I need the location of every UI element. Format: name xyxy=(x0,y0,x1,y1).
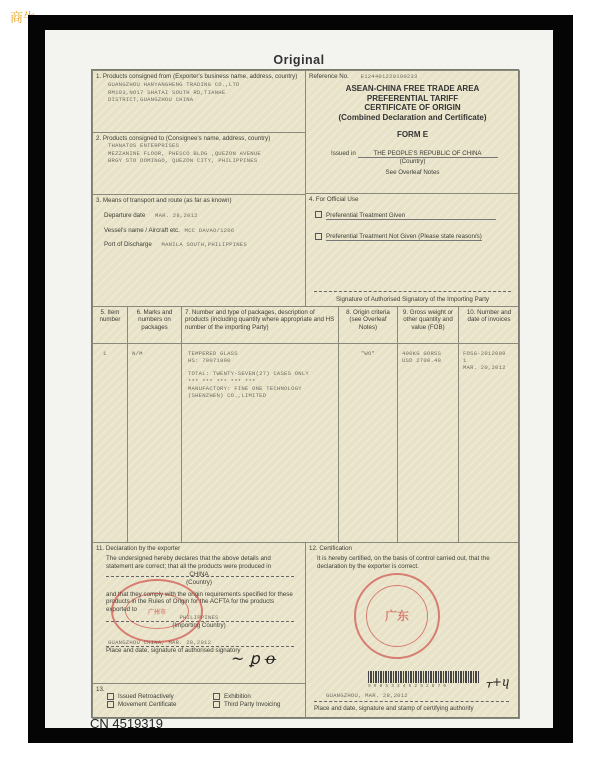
box-consignee: 2. Products consigned to (Consignee's na… xyxy=(92,132,306,195)
reference-number: E124401220190233 xyxy=(361,73,418,80)
consignee-line: MEZZANINE FLOOR, PHESCO BLDG ,QUEZON AVE… xyxy=(108,150,302,157)
barcode-digits: 9 9 0 5 3 2 4 5 2 5 2 8 7 0 xyxy=(368,683,446,690)
serial-code: CN 4519319 xyxy=(90,716,163,731)
issued-in-value: THE PEOPLE'S REPUBLIC OF CHINA xyxy=(358,150,498,158)
certificate-form: 1. Products consigned from (Exporter's b… xyxy=(91,69,519,718)
certification-label: 12. Certification xyxy=(309,545,516,552)
checkbox[interactable] xyxy=(107,693,114,700)
consignee-line: THANATOS ENTERPRISES xyxy=(108,142,302,149)
checkbox[interactable] xyxy=(315,211,322,218)
reference-label: Reference No. xyxy=(309,73,349,80)
box-reference: Reference No. E124401220190233 ASEAN-CHI… xyxy=(305,70,520,194)
consignee-line: BRGY STO DOMINGO, QUEZON CITY, PHILIPPIN… xyxy=(108,157,302,164)
header-origin: 8. Origin criteria (see Overleaf Notes) xyxy=(338,306,398,344)
declaration-text: The undersigned hereby declares that the… xyxy=(96,555,302,570)
option-movement-certificate[interactable]: Movement Certificate xyxy=(107,701,176,709)
box-declaration: 11. Declaration by the exporter The unde… xyxy=(92,542,306,684)
box-transport: 3. Means of transport and route (as far … xyxy=(92,194,306,307)
form-e-title: FORM E xyxy=(309,130,516,140)
header-weight: 9. Gross weight or other quantity and va… xyxy=(397,306,459,344)
consignee-label: 2. Products consigned to (Consignee's na… xyxy=(96,135,302,142)
exporter-line: DISTRICT,GUANGZHOU CHINA xyxy=(108,96,302,103)
overleaf-notes: See Overleaf Notes xyxy=(309,169,516,176)
option-exhibition[interactable]: Exhibition xyxy=(213,693,280,701)
box-certification: 12. Certification It is hereby certified… xyxy=(305,542,520,719)
importer-signature-caption: Signature of Authorised Signatory of the… xyxy=(306,296,519,303)
checkbox[interactable] xyxy=(107,701,114,708)
cell-origin: "WO" xyxy=(338,343,398,543)
exporter-line: GUANGZHOU HANYANGHENG TRADING CO.,LTD xyxy=(108,81,302,88)
exporter-place-date: GUANGZHOU CHINA, MAR. 28,2012 xyxy=(96,639,302,646)
official-use-label: 4. For Official Use xyxy=(309,196,516,203)
exporter-company-stamp: 广州市 xyxy=(111,579,203,643)
title-line: CERTIFICATE OF ORIGIN xyxy=(309,103,516,113)
declaration-country-caption: (Country) xyxy=(96,579,302,586)
title-line: (Combined Declaration and Certificate) xyxy=(309,113,516,123)
cell-item: 1 xyxy=(92,343,128,543)
departure-label: Departure date xyxy=(104,212,145,219)
certification-text: It is hereby certified, on the basis of … xyxy=(309,555,516,570)
barcode xyxy=(368,671,480,683)
declaration-country: CHINA xyxy=(96,571,302,578)
header-marks: 6. Marks and numbers on packages xyxy=(127,306,182,344)
header-description: 7. Number and type of packages, descript… xyxy=(181,306,339,344)
departure-value: MAR. 28,2012 xyxy=(155,212,198,219)
cell-description: TEMPERED GLASS HS: 70071900 TOTAL: TWENT… xyxy=(181,343,339,543)
checkbox[interactable] xyxy=(315,233,322,240)
checkbox[interactable] xyxy=(213,693,220,700)
option-issued-retroactively[interactable]: Issued Retroactively xyxy=(107,693,176,701)
certifier-signature-caption: Place and date, signature and stamp of c… xyxy=(314,705,474,712)
declaration-label: 11. Declaration by the exporter xyxy=(96,545,302,552)
vessel-label: Vessel's name / Aircraft etc. xyxy=(104,227,180,234)
header-invoices: 10. Number and date of invoices xyxy=(458,306,520,344)
title-line: ASEAN-CHINA FREE TRADE AREA xyxy=(309,84,516,94)
option-treatment-given[interactable]: Preferential Treatment Given xyxy=(309,211,516,220)
exporter-signature: ~ ꝑ ꝋ xyxy=(231,649,276,668)
transport-label: 3. Means of transport and route (as far … xyxy=(96,197,302,204)
certifier-signature: ᚁ+ɥ xyxy=(486,675,510,689)
option-third-party-invoicing[interactable]: Third Party Invoicing xyxy=(213,701,280,709)
port-value: MANILA SOUTH,PHILIPPINES xyxy=(162,241,247,248)
certifying-authority-stamp: 广东 xyxy=(354,573,440,659)
header-item-number: 5. Item number xyxy=(92,306,128,344)
cell-weight: 400KG GORSS USD 2700.48 xyxy=(397,343,459,543)
vessel-value: MCC DAVAO/1206 xyxy=(185,227,235,234)
issued-in-label: Issued in xyxy=(331,150,356,157)
certifier-place-date: GUANGZHOU, MAR. 28,2012 xyxy=(326,692,408,699)
title-line: PREFERENTIAL TARIFF xyxy=(309,94,516,104)
box-exporter: 1. Products consigned from (Exporter's b… xyxy=(92,70,306,133)
checkbox[interactable] xyxy=(213,701,220,708)
port-label: Port of Discharge xyxy=(104,241,152,248)
cell-marks: N/M xyxy=(127,343,182,543)
box-official-use: 4. For Official Use Preferential Treatme… xyxy=(305,193,520,307)
exporter-line: RM103,NO17 SHATAI SOUTH RD,TIANHE xyxy=(108,89,302,96)
original-heading: Original xyxy=(45,53,553,67)
cell-invoices: FOSG-2012009 1 MAR. 20,2012 xyxy=(458,343,520,543)
country-caption: (Country) xyxy=(309,158,516,165)
box-13: 13. Issued Retroactively Movement Certif… xyxy=(92,683,306,719)
option-treatment-not-given[interactable]: Preferential Treatment Not Given (Please… xyxy=(309,233,516,241)
exporter-label: 1. Products consigned from (Exporter's b… xyxy=(96,73,302,80)
